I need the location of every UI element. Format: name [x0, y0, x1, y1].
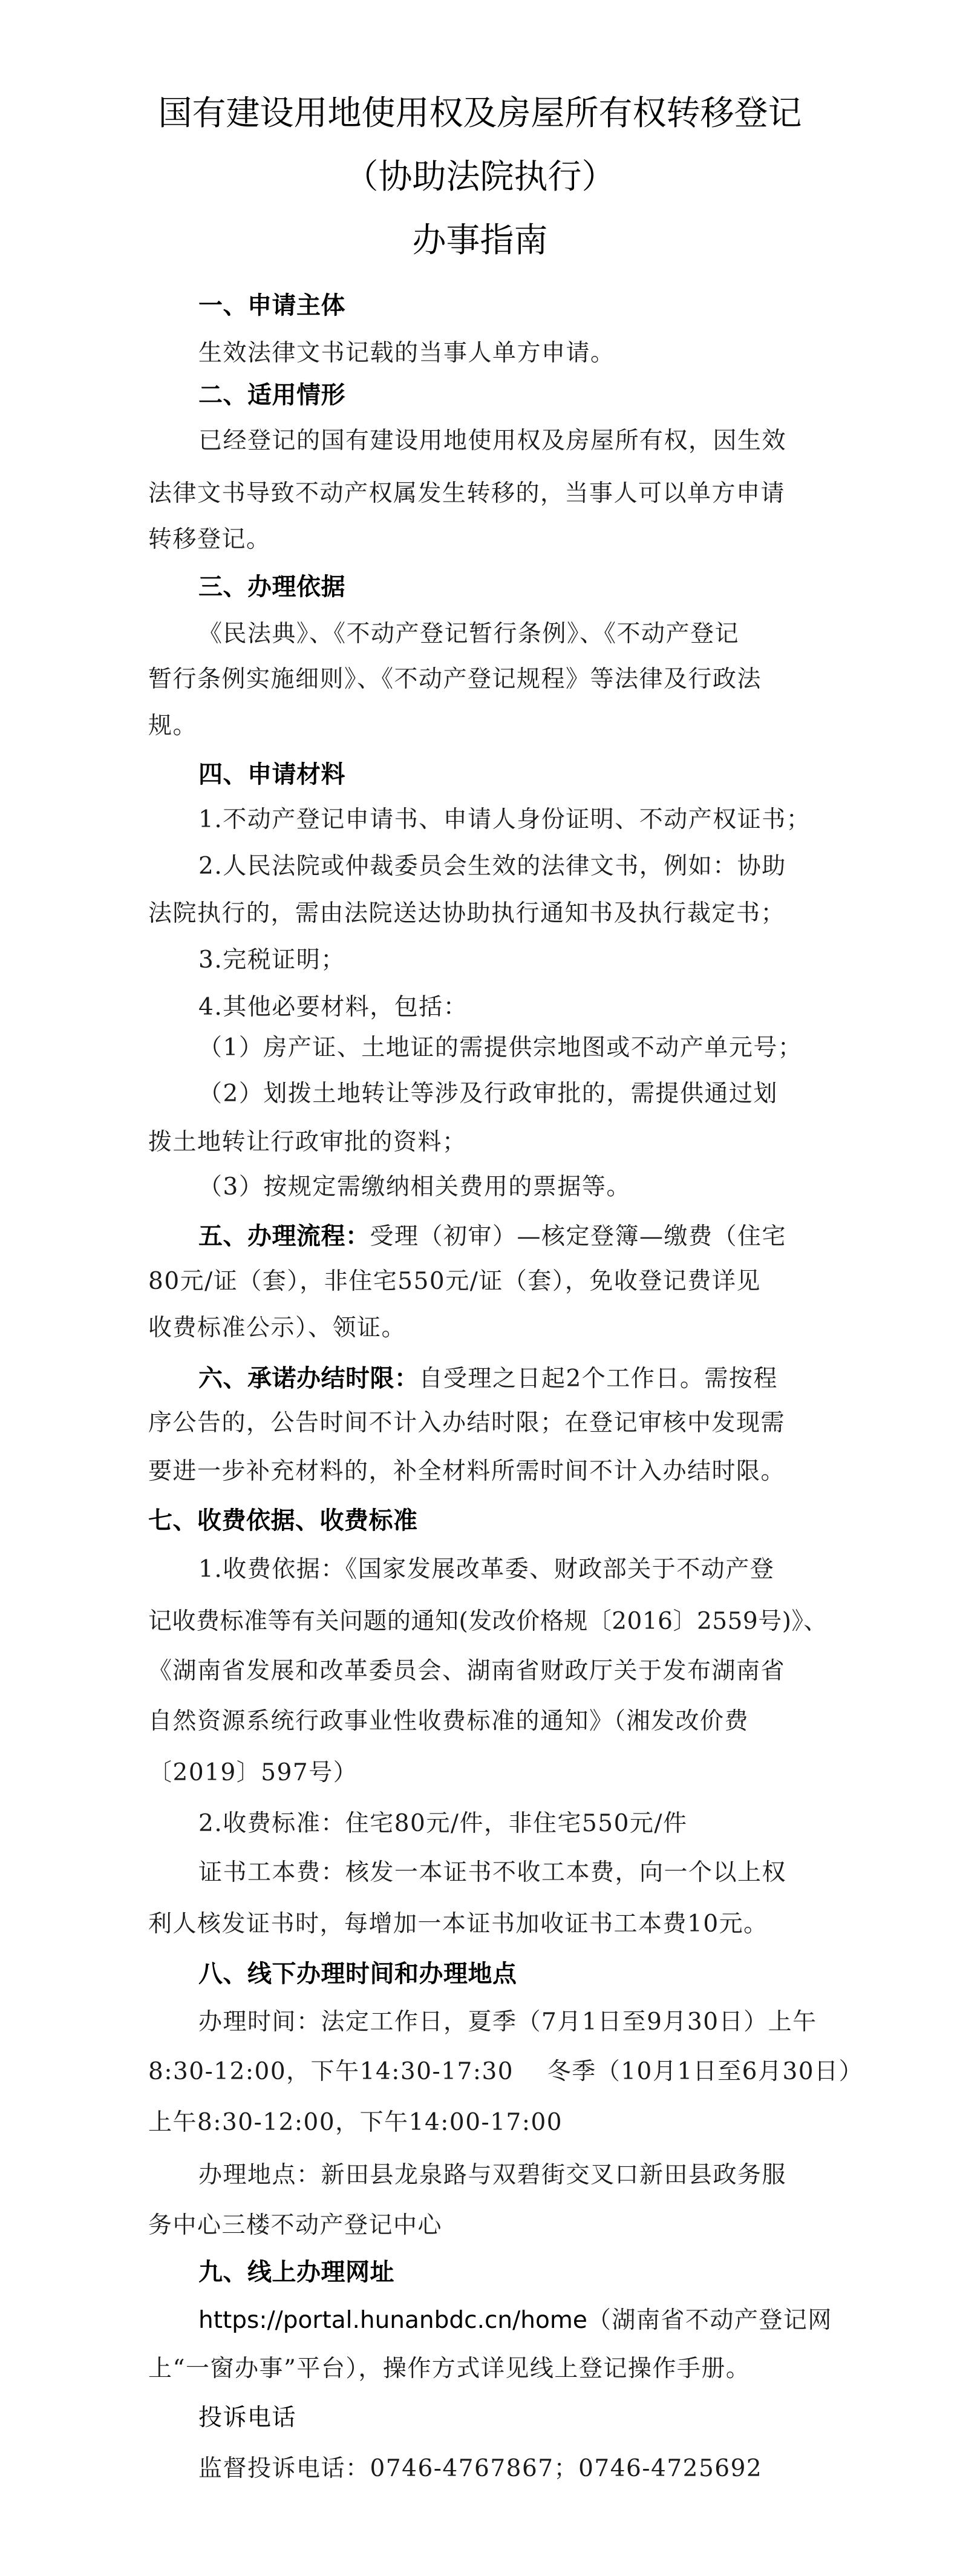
body-line: 记收费标准等有关问题的通知(发改价格规〔2016〕2559号)》、: [148, 1608, 820, 1636]
sub-list-item-continued: 拨土地转让行政审批的资料；: [148, 1129, 820, 1156]
sub-list-item: （3）按规定需缴纳相关费用的票据等。: [198, 1173, 820, 1201]
office-hours-line: 上午8:30-12:00，下午14:00-17:00: [148, 2109, 820, 2137]
document-title: 国有建设用地使用权及房屋所有权转移登记: [0, 96, 960, 132]
sub-list-item: （1）房产证、土地证的需提供宗地图或不动产单元号；: [198, 1034, 820, 1062]
list-item: 2.人民法院或仲裁委员会生效的法律文书，例如：协助: [198, 853, 820, 880]
section-heading-online: 九、线上办理网址: [198, 2258, 820, 2286]
process-lead-text: 受理（初审）—核定登簿—缴费（住宅: [370, 1223, 787, 1250]
process-paragraph: 五、办理流程：受理（初审）—核定登簿—缴费（住宅: [198, 1222, 820, 1251]
section-heading-time-limit: 六、承诺办结时限：: [198, 1365, 419, 1392]
complaint-phone-line: 监督投诉电话：0746-4767867；0746-4725692: [198, 2455, 820, 2483]
document-subtitle: （协助法院执行）: [0, 159, 960, 195]
body-line: 法律文书导致不动产权属发生转移的，当事人可以单方申请: [148, 480, 820, 508]
portal-link-description: （湖南省不动产登记网: [587, 2307, 832, 2334]
body-line: 要进一步补充材料的，补全材料所需时间不计入办结时限。: [148, 1458, 820, 1486]
section-heading-offline: 八、线下办理时间和办理地点: [198, 1960, 820, 1988]
sub-list-item: （2）划拨土地转让等涉及行政审批的，需提供通过划: [198, 1080, 820, 1108]
list-item: 4.其他必要材料，包括：: [198, 994, 820, 1021]
body-line: 证书工本费：核发一本证书不收工本费，向一个以上权: [198, 1859, 820, 1887]
body-line: 生效法律文书记载的当事人单方申请。: [198, 339, 820, 367]
body-line: 暂行条例实施细则》、《不动产登记规程》等法律及行政法: [148, 666, 820, 693]
body-line: 80元/证（套），非住宅550元/证（套），免收登记费详见: [148, 1268, 820, 1296]
body-line: 转移登记。: [148, 526, 820, 554]
section-heading-process: 五、办理流程：: [198, 1222, 370, 1250]
list-item: 3.完税证明；: [198, 946, 820, 974]
document-title-guide: 办事指南: [0, 223, 960, 259]
office-address-line: 务中心三楼不动产登记中心: [148, 2212, 820, 2240]
body-line: 1.收费依据：《国家发展改革委、财政部关于不动产登: [198, 1556, 820, 1584]
body-line: 序公告的，公告时间不计入办结时限；在登记审核中发现需: [148, 1409, 820, 1437]
body-line: 上“一窗办事”平台），操作方式详见线上登记操作手册。: [148, 2355, 820, 2383]
body-line: 《湖南省发展和改革委员会、湖南省财政厅关于发布湖南省: [148, 1657, 820, 1685]
body-line: 〔2019〕597号）: [148, 1759, 820, 1787]
time-limit-paragraph: 六、承诺办结时限：自受理之日起2个工作日。需按程: [198, 1365, 820, 1393]
section-heading-materials: 四、申请材料: [198, 761, 820, 788]
online-url-line: https://portal.hunanbdc.cn/home（湖南省不动产登记…: [198, 2307, 820, 2335]
office-hours-line: 办理时间：法定工作日，夏季（7月1日至9月30日）上午: [198, 2008, 820, 2036]
office-hours-line: 8:30-12:00，下午14:30-17:30 冬季（10月1日至6月30日）: [148, 2058, 820, 2086]
list-item-continued: 法院执行的，需由法院送达协助执行通知书及执行裁定书；: [148, 900, 820, 928]
list-item: 1.不动产登记申请书、申请人身份证明、不动产权证书；: [198, 806, 820, 834]
section-heading-applicant: 一、申请主体: [198, 292, 820, 320]
body-line: 利人核发证书时，每增加一本证书加收证书工本费10元。: [148, 1910, 820, 1938]
fee-standard-line: 2.收费标准：住宅80元/件，非住宅550元/件: [198, 1810, 820, 1838]
section-heading-fees: 七、收费依据、收费标准: [148, 1507, 820, 1535]
time-limit-lead-text: 自受理之日起2个工作日。需按程: [419, 1365, 778, 1392]
body-line: 已经登记的国有建设用地使用权及房屋所有权，因生效: [198, 427, 820, 455]
office-address-line: 办理地点：新田县龙泉路与双碧街交叉口新田县政务服: [198, 2161, 820, 2189]
body-line: 自然资源系统行政事业性收费标准的通知》（湘发改价费: [148, 1708, 820, 1735]
section-heading-scenarios: 二、适用情形: [198, 381, 820, 409]
portal-link[interactable]: https://portal.hunanbdc.cn/home: [198, 2307, 587, 2334]
body-line: 收费标准公示）、领证。: [148, 1314, 820, 1342]
body-line: 《民法典》、《不动产登记暂行条例》、《不动产登记: [198, 620, 820, 648]
document-page: 国有建设用地使用权及房屋所有权转移登记 （协助法院执行） 办事指南 一、申请主体…: [0, 0, 960, 2576]
body-line: 规。: [148, 712, 820, 740]
section-heading-legal-basis: 三、办理依据: [198, 573, 820, 601]
section-heading-complaint: 投诉电话: [198, 2404, 820, 2432]
